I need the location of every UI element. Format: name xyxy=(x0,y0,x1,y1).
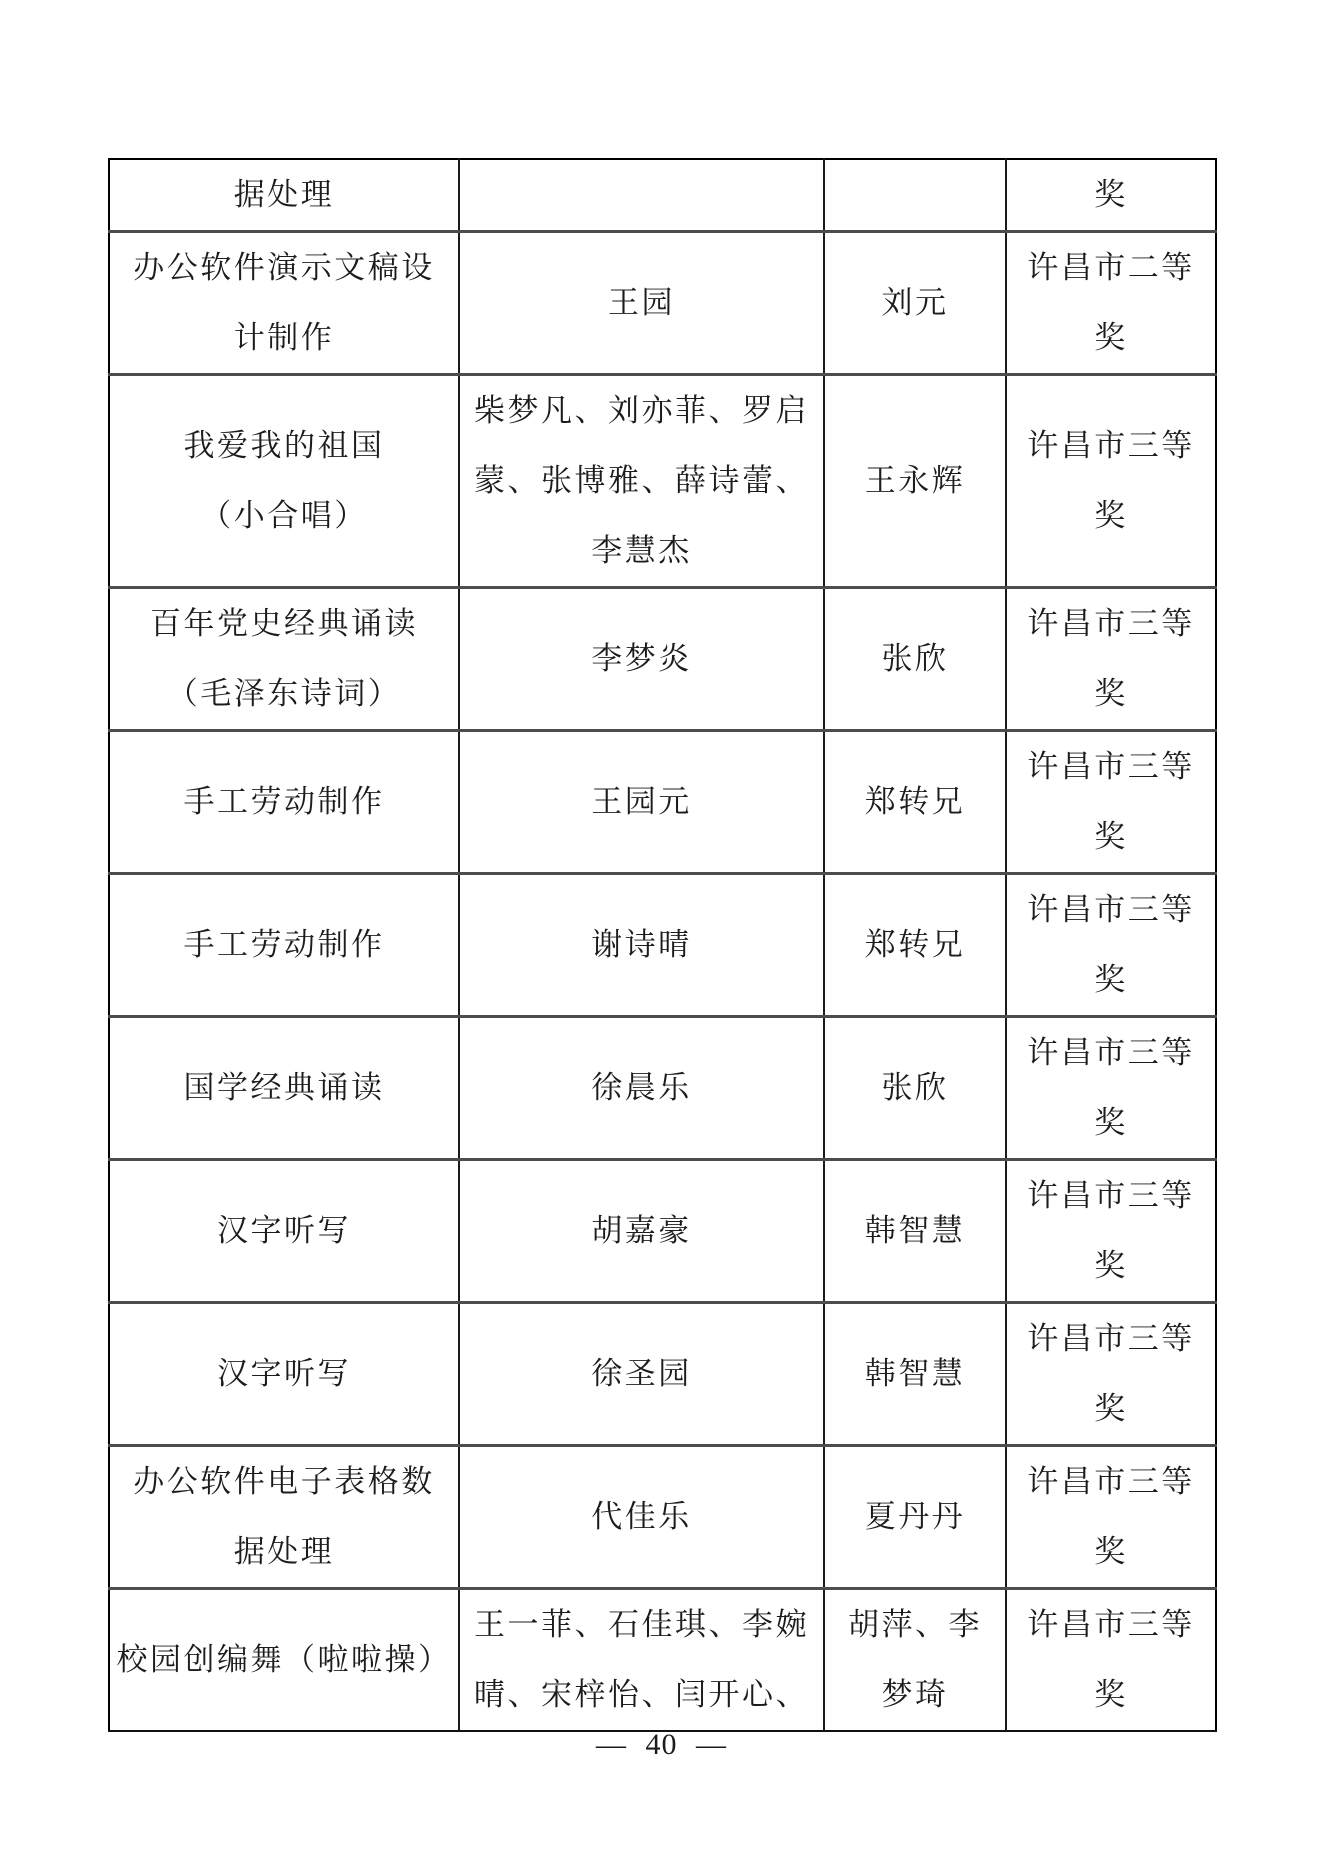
cell-participants: 王园 xyxy=(459,232,824,375)
table-row: 手工劳动制作 谢诗晴 郑转兄 许昌市三等 奖 xyxy=(109,874,1216,1017)
cell-award: 许昌市三等 奖 xyxy=(1006,1017,1216,1160)
page-number: — 40 — xyxy=(0,1728,1323,1762)
cell-participants: 徐晨乐 xyxy=(459,1017,824,1160)
cell-award: 奖 xyxy=(1006,159,1216,232)
cell-instructor: 韩智慧 xyxy=(824,1303,1006,1446)
cell-project: 办公软件电子表格数 据处理 xyxy=(109,1446,459,1589)
cell-instructor: 张欣 xyxy=(824,588,1006,731)
cell-project: 办公软件演示文稿设 计制作 xyxy=(109,232,459,375)
cell-project: 校园创编舞（啦啦操） xyxy=(109,1589,459,1732)
cell-award: 许昌市三等 奖 xyxy=(1006,1446,1216,1589)
cell-participants: 柴梦凡、刘亦菲、罗启 蒙、张博雅、薛诗蕾、 李慧杰 xyxy=(459,375,824,588)
cell-participants: 王园元 xyxy=(459,731,824,874)
cell-instructor: 郑转兄 xyxy=(824,874,1006,1017)
cell-award: 许昌市三等 奖 xyxy=(1006,375,1216,588)
cell-instructor: 张欣 xyxy=(824,1017,1006,1160)
cell-project: 手工劳动制作 xyxy=(109,874,459,1017)
cell-instructor: 刘元 xyxy=(824,232,1006,375)
cell-participants: 李梦炎 xyxy=(459,588,824,731)
cell-participants: 王一菲、石佳琪、李婉 晴、宋梓怡、闫开心、 xyxy=(459,1589,824,1732)
cell-award: 许昌市三等 奖 xyxy=(1006,1303,1216,1446)
cell-instructor: 胡萍、李 梦琦 xyxy=(824,1589,1006,1732)
table-row: 办公软件演示文稿设 计制作 王园 刘元 许昌市二等 奖 xyxy=(109,232,1216,375)
cell-award: 许昌市三等 奖 xyxy=(1006,1589,1216,1732)
cell-instructor: 夏丹丹 xyxy=(824,1446,1006,1589)
cell-project: 据处理 xyxy=(109,159,459,232)
cell-award: 许昌市三等 奖 xyxy=(1006,874,1216,1017)
table-row: 百年党史经典诵读 （毛泽东诗词） 李梦炎 张欣 许昌市三等 奖 xyxy=(109,588,1216,731)
cell-instructor xyxy=(824,159,1006,232)
cell-participants: 胡嘉豪 xyxy=(459,1160,824,1303)
cell-participants xyxy=(459,159,824,232)
cell-participants: 徐圣园 xyxy=(459,1303,824,1446)
table-row: 校园创编舞（啦啦操） 王一菲、石佳琪、李婉 晴、宋梓怡、闫开心、 胡萍、李 梦琦… xyxy=(109,1589,1216,1732)
cell-project: 国学经典诵读 xyxy=(109,1017,459,1160)
cell-award: 许昌市三等 奖 xyxy=(1006,731,1216,874)
table-row: 汉字听写 徐圣园 韩智慧 许昌市三等 奖 xyxy=(109,1303,1216,1446)
cell-project: 汉字听写 xyxy=(109,1160,459,1303)
cell-instructor: 韩智慧 xyxy=(824,1160,1006,1303)
cell-project: 我爱我的祖国 （小合唱） xyxy=(109,375,459,588)
awards-table: 据处理 奖 办公软件演示文稿设 计制作 王园 刘元 许昌市二等 奖 我爱我的祖国… xyxy=(108,158,1217,1732)
table-row: 办公软件电子表格数 据处理 代佳乐 夏丹丹 许昌市三等 奖 xyxy=(109,1446,1216,1589)
cell-instructor: 王永辉 xyxy=(824,375,1006,588)
table-row: 手工劳动制作 王园元 郑转兄 许昌市三等 奖 xyxy=(109,731,1216,874)
cell-award: 许昌市三等 奖 xyxy=(1006,588,1216,731)
table-row: 我爱我的祖国 （小合唱） 柴梦凡、刘亦菲、罗启 蒙、张博雅、薛诗蕾、 李慧杰 王… xyxy=(109,375,1216,588)
table-row: 国学经典诵读 徐晨乐 张欣 许昌市三等 奖 xyxy=(109,1017,1216,1160)
cell-participants: 代佳乐 xyxy=(459,1446,824,1589)
cell-award: 许昌市二等 奖 xyxy=(1006,232,1216,375)
cell-participants: 谢诗晴 xyxy=(459,874,824,1017)
table-row: 汉字听写 胡嘉豪 韩智慧 许昌市三等 奖 xyxy=(109,1160,1216,1303)
cell-project: 汉字听写 xyxy=(109,1303,459,1446)
cell-award: 许昌市三等 奖 xyxy=(1006,1160,1216,1303)
table-row: 据处理 奖 xyxy=(109,159,1216,232)
cell-instructor: 郑转兄 xyxy=(824,731,1006,874)
cell-project: 手工劳动制作 xyxy=(109,731,459,874)
cell-project: 百年党史经典诵读 （毛泽东诗词） xyxy=(109,588,459,731)
